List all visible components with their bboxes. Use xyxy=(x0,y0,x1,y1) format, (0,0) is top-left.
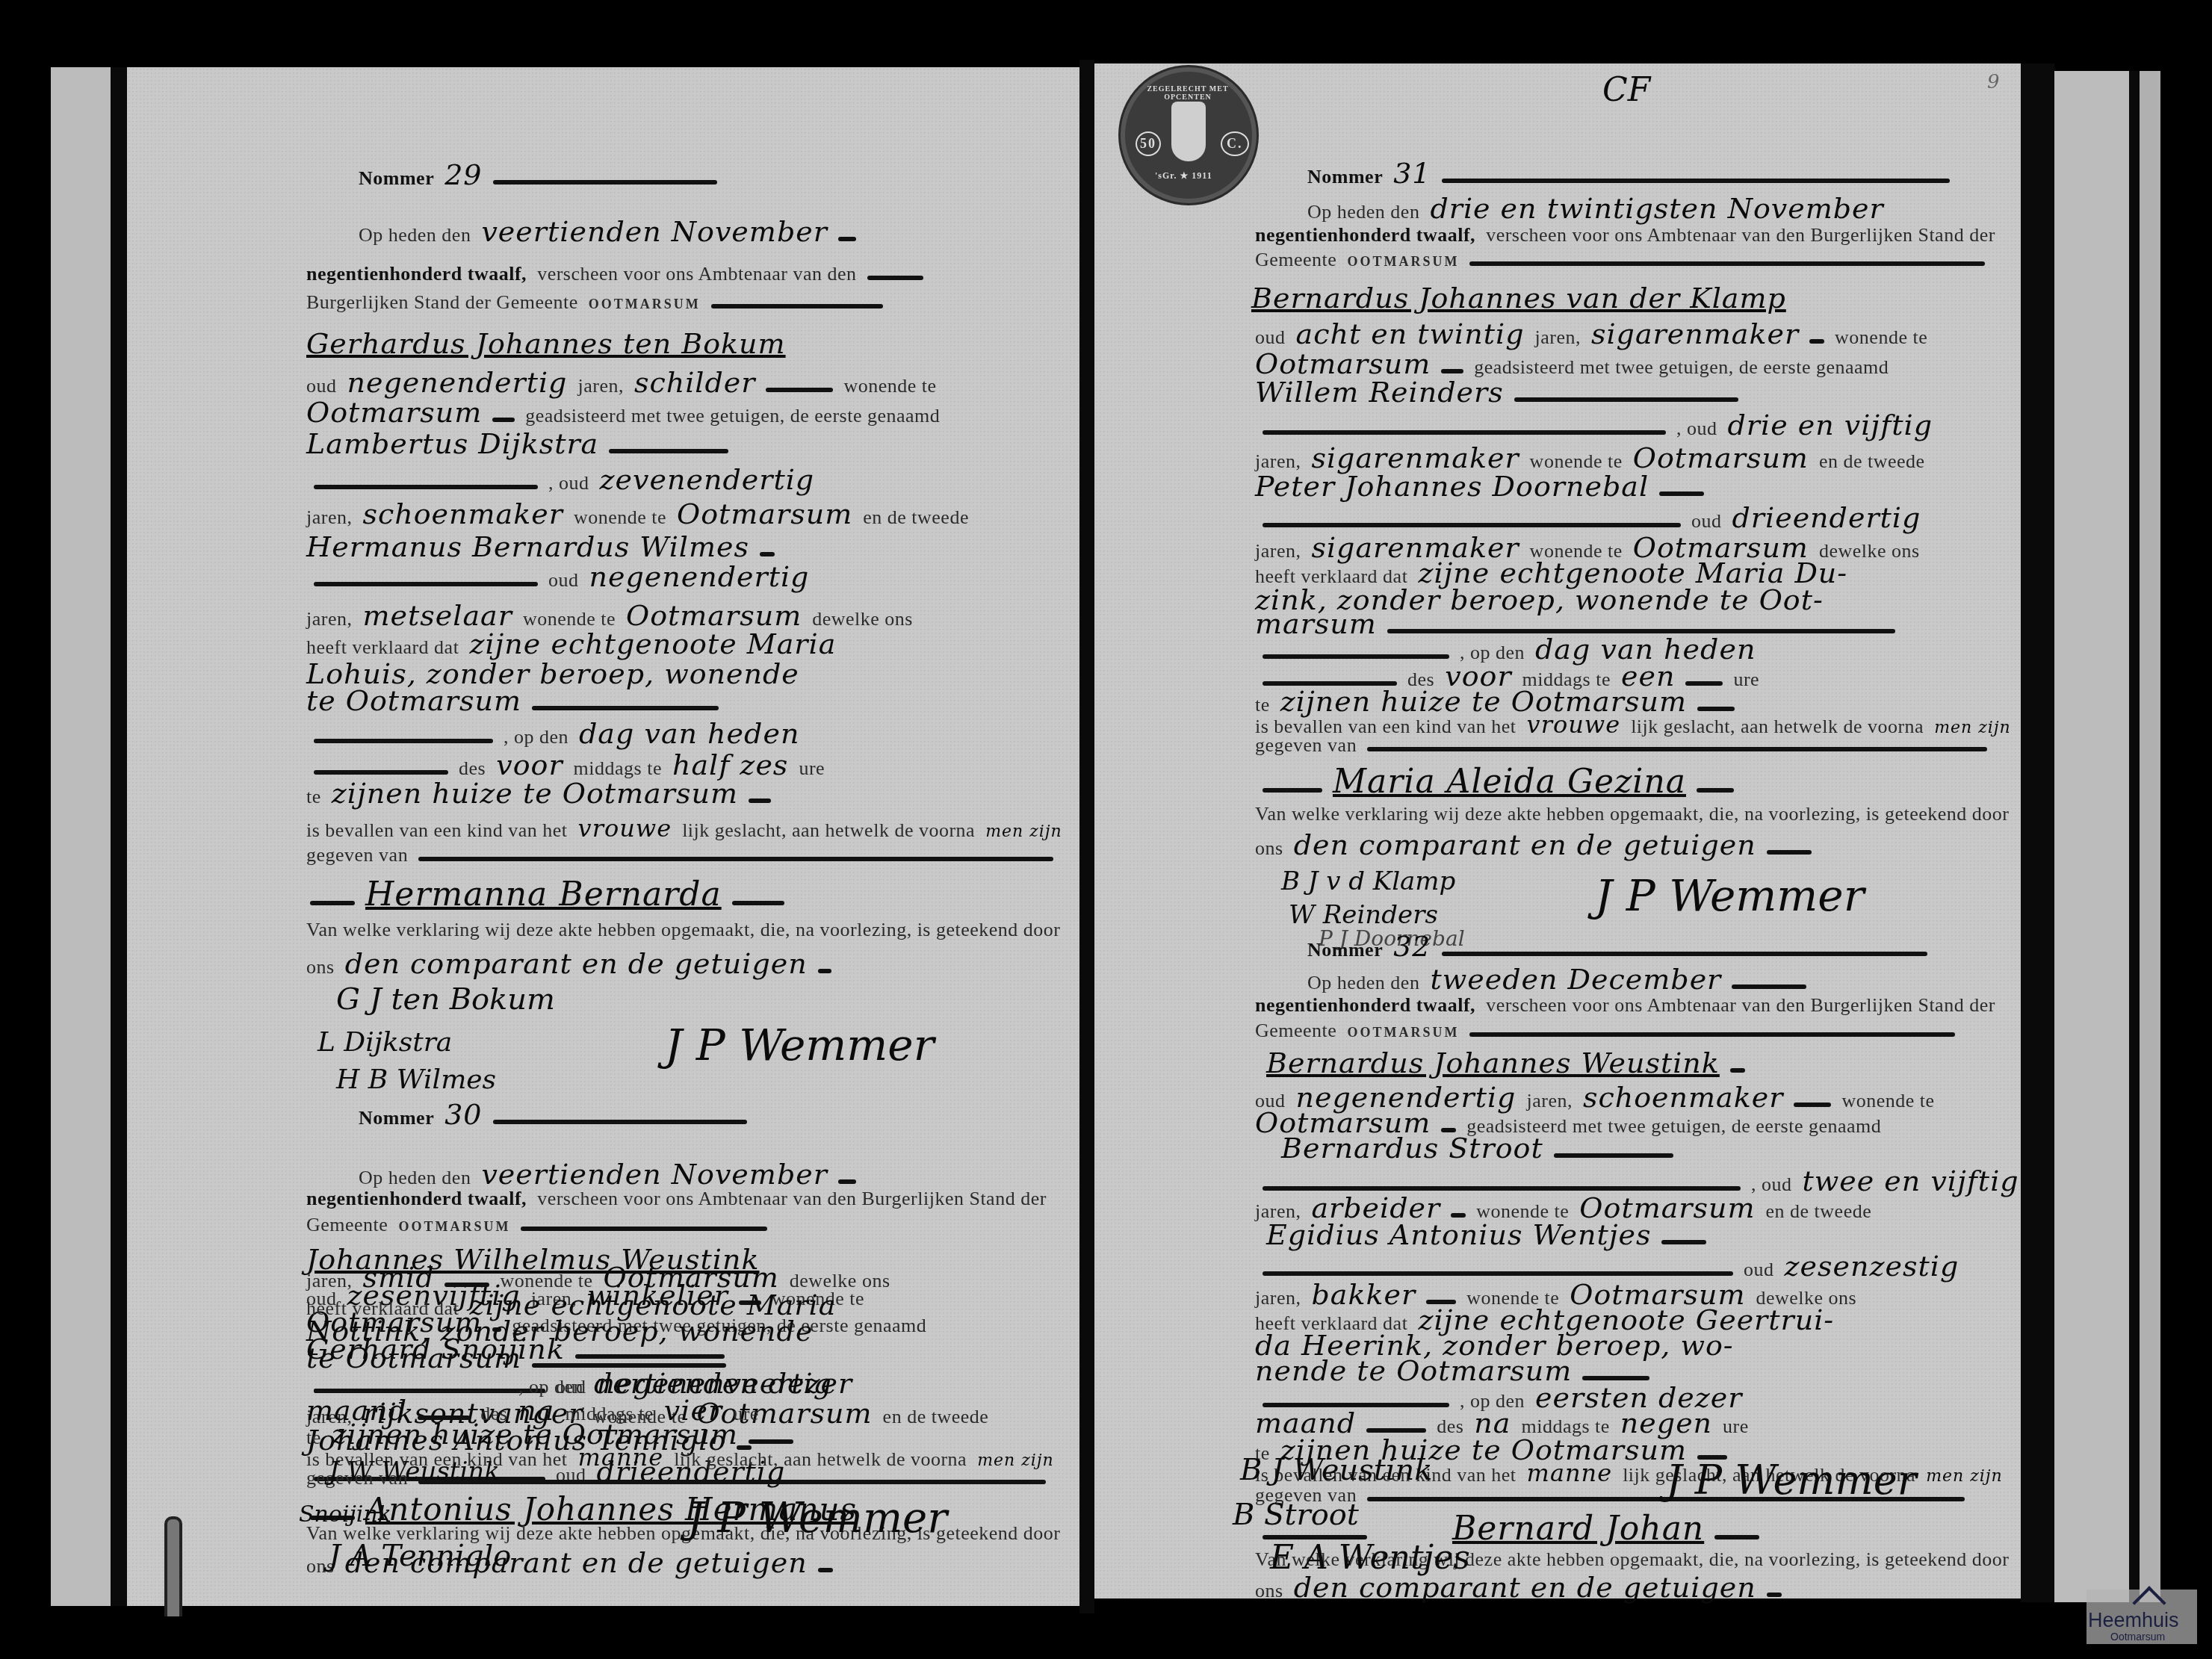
page-number: 9 xyxy=(1987,71,2000,93)
child-name: Bernard Johan xyxy=(1452,1510,1704,1548)
record-number: 32 xyxy=(1393,930,1431,963)
printed-gegeven: gegeven van xyxy=(1255,734,1357,757)
signature-declarant: B J v d Klamp xyxy=(1281,866,1455,896)
record-date: tweeden December xyxy=(1430,963,1721,996)
signature-witness2-30: J A Tenniglo xyxy=(329,1539,511,1573)
printed-wonende: wonende te xyxy=(1835,326,1927,349)
stamp-outer-text: ZEGELRECHT MET OPCENTEN xyxy=(1136,85,1240,102)
signature-witness1-32: B Stroot xyxy=(1233,1498,1359,1532)
signature-witness2-32: E A Wentjes xyxy=(1270,1539,1470,1577)
printed-year: negentienhonderd twaalf, xyxy=(1255,994,1475,1017)
printed-tweede: en de tweede xyxy=(1766,1200,1872,1223)
witness2-name: Peter Johannes Doornebal xyxy=(1255,470,1649,503)
printed-gemeente: Gemeente xyxy=(1255,1020,1336,1042)
watermark-subtitle: Ootmarsum xyxy=(2110,1631,2165,1642)
signature-official: J P Wemmer xyxy=(1595,870,1864,921)
signed-by: den comparant en de getuigen xyxy=(1294,828,1756,861)
printed-ure: ure xyxy=(1733,669,1759,691)
signature-witness1: W Reinders xyxy=(1289,900,1438,930)
stamp-value: 50 xyxy=(1136,131,1161,156)
printed-van-welke: Van welke verklaring wij deze akte hebbe… xyxy=(1255,803,2010,825)
declarant-age: acht en twintig xyxy=(1296,317,1525,350)
record-number: 31 xyxy=(1393,157,1431,190)
left-binding-strip xyxy=(51,67,111,1606)
stamp-currency: C. xyxy=(1221,131,1249,156)
printed-jaren: jaren, xyxy=(1534,326,1580,349)
revenue-stamp: ZEGELRECHT MET OPCENTEN 50 C. 'sGr. ★ 19… xyxy=(1121,67,1257,203)
record-date: drie en twintigsten November xyxy=(1430,192,1883,225)
signature-official-30: J P Wemmer xyxy=(687,1494,947,1542)
corner-mark: CF xyxy=(1602,71,1650,109)
crown-shield-icon xyxy=(1171,102,1206,161)
right-binding-edge xyxy=(2129,71,2140,1602)
printed-ons: ons xyxy=(1255,1580,1283,1602)
book-spine xyxy=(1079,60,1094,1613)
voornamen-suffix: men zijn xyxy=(1926,1467,2003,1486)
printed-verscheen: verscheen voor ons Ambtenaar van den Bur… xyxy=(1486,224,1995,246)
printed-verscheen: verscheen voor ons Ambtenaar van den Bur… xyxy=(1486,994,1995,1017)
witness2-name: Egidius Antonius Wentjes xyxy=(1266,1218,1651,1251)
declarant-name: Bernardus Johannes Weustink xyxy=(1266,1046,1720,1079)
declarant-occupation: sigarenmaker xyxy=(1591,317,1799,350)
declarant-name: Bernardus Johannes van der Klamp xyxy=(1251,282,1786,314)
signature-official-32: J P Wemmer xyxy=(1666,1457,1917,1504)
printed-gemeente: Gemeente xyxy=(1255,249,1336,271)
printed-ons: ons xyxy=(1255,837,1283,860)
stamp-bottom-text: 'sGr. ★ 1911 xyxy=(1155,170,1212,182)
watermark-name: Heemhuis xyxy=(2088,1610,2179,1631)
printed-oud: , oud xyxy=(1676,418,1717,440)
child-sex: manne xyxy=(1527,1459,1613,1487)
nommer-label: Nommer xyxy=(1307,939,1383,961)
municipality: OOTMARSUM xyxy=(1347,254,1459,270)
printed-oud: oud xyxy=(1691,510,1722,533)
signature-witness1-30: Snoijink xyxy=(299,1501,391,1528)
left-binding-gap xyxy=(111,67,127,1606)
printed-op-heden: Op heden den xyxy=(1307,972,1419,994)
municipality: OOTMARSUM xyxy=(1347,1025,1459,1041)
signature-declarant-30: J W Weustink xyxy=(329,1457,500,1486)
witness1-name: Bernardus Stroot xyxy=(1281,1132,1543,1165)
child-name: Maria Aleida Gezina xyxy=(1333,763,1686,801)
witness2-age: drieendertig xyxy=(1732,501,1921,534)
printed-year: negentienhonderd twaalf, xyxy=(1255,224,1475,246)
right-page-gap xyxy=(2021,63,2054,1602)
printed-op-heden: Op heden den xyxy=(1307,201,1419,223)
signature-declarant-32: B J Weustink xyxy=(1240,1453,1433,1487)
heemhuis-watermark: Heemhuis Ootmarsum xyxy=(2086,1590,2197,1644)
right-edge-sliver xyxy=(2140,71,2160,1602)
printed-tweede: en de tweede xyxy=(1819,450,1925,473)
witness1-age: drie en vijftig xyxy=(1728,409,1933,441)
printed-oud: oud xyxy=(1255,326,1286,349)
right-page: ZEGELRECHT MET OPCENTEN 50 C. 'sGr. ★ 19… xyxy=(1094,63,2021,1598)
witness1-name: Willem Reinders xyxy=(1255,376,1504,409)
nommer-label: Nommer xyxy=(1307,166,1383,188)
